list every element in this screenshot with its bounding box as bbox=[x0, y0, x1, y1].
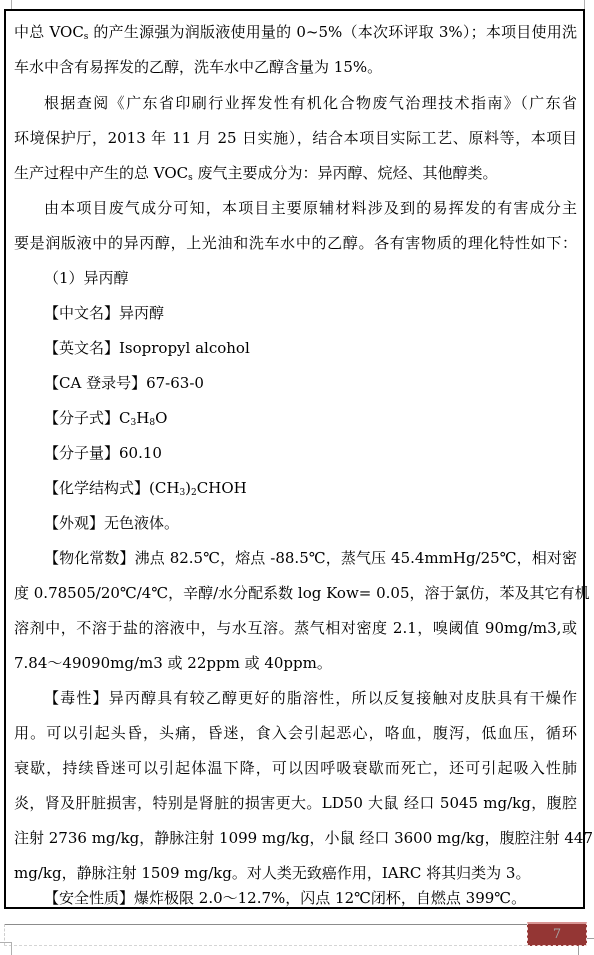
document-text-box: 中总 VOCs 的产生源强为润版液使用量的 0~5%（本次环评取 3%）；本项目… bbox=[4, 9, 585, 909]
field-toxicity: 【毒性】异丙醇具有较乙醇更好的脂溶性，所以反复接触对皮肤具有干燥作 bbox=[44, 688, 577, 708]
text-line-2: 车水中含有易挥发的乙醇，洗车水中乙醇含量为 15%。 bbox=[14, 57, 382, 77]
text-line-7: 要是润版液中的异丙醇，上光油和洗车水中的乙醇。各有害物质的理化特性如下： bbox=[14, 233, 577, 253]
text-line-18: 溶剂中，不溶于盐的溶液中，与水互溶。蒸气相对密度 2.1，嗅阈值 90mg/m3… bbox=[14, 618, 577, 638]
field-english-name: 【英文名】Isopropyl alcohol bbox=[44, 338, 250, 358]
field-physical-constants: 【物化常数】沸点 82.5℃，熔点 -88.5℃，蒸气压 45.4mmHg/25… bbox=[44, 548, 577, 568]
field-cas-number: 【CA 登录号】67-63-0 bbox=[44, 373, 204, 393]
text-line-6: 由本项目废气成分可知，本项目主要原辅材料涉及到的易挥发的有害成分主 bbox=[44, 198, 577, 218]
field-structural-formula: 【化学结构式】(CH3)2CHOH bbox=[44, 478, 247, 498]
field-molecular-weight: 【分子量】60.10 bbox=[44, 443, 162, 463]
text-line-24: 注射 2736 mg/kg，静脉注射 1099 mg/kg，小鼠 经口 3600… bbox=[14, 828, 577, 848]
text-line-5: 生产过程中产生的总 VOCs 废气主要成分为：异丙醇、烷烃、其他醇类。 bbox=[14, 163, 498, 183]
text-line-1: 中总 VOCs 的产生源强为润版液使用量的 0~5%（本次环评取 3%）；本项目… bbox=[14, 22, 577, 42]
text-line-25: mg/kg，静脉注射 1509 mg/kg。对人类无致癌作用，IARC 将其归类… bbox=[14, 863, 530, 883]
page-number: 7 bbox=[553, 927, 561, 942]
text-line-21: 用。可以引起头昏，头痛，昏迷，食入会引起恶心，咯血，腹泻，低血压，循环 bbox=[14, 723, 577, 743]
field-appearance: 【外观】无色液体。 bbox=[44, 513, 179, 533]
page-number-box: 7 bbox=[527, 922, 587, 946]
margin-mark-bottom-right-v bbox=[578, 945, 579, 955]
margin-mark-bottom-left-v bbox=[11, 942, 12, 955]
text-line-22: 衰歇，持续昏迷可以引起体温下降，可以因呼吸衰歇而死亡，还可引起吸入性肺 bbox=[14, 758, 577, 778]
text-line-3: 根据查阅《广东省印刷行业挥发性有机化合物废气治理技术指南》（广东省 bbox=[44, 93, 577, 113]
margin-mark-bottom-right-h bbox=[587, 938, 594, 939]
margin-mark-top-left bbox=[11, 0, 12, 9]
section-heading-isopropanol: （1）异丙醇 bbox=[44, 268, 129, 288]
text-line-17: 度 0.78505/20℃/4℃，辛醇/水分配系数 log Kow= 0.05，… bbox=[14, 583, 577, 603]
field-safety-properties: 【安全性质】爆炸极限 2.0～12.7%，闪点 12℃闭杯，自燃点 399℃。 bbox=[44, 888, 526, 908]
text-line-4: 环境保护厅，2013 年 11 月 25 日实施），结合本项目实际工艺、原料等，… bbox=[14, 128, 577, 148]
footer-region-bottom-edge bbox=[4, 945, 527, 946]
margin-mark-bottom-left-h bbox=[0, 942, 11, 943]
margin-mark-top-right bbox=[584, 0, 585, 9]
field-molecular-formula: 【分子式】C3H8O bbox=[44, 408, 167, 428]
text-line-23: 炎，肾及肝脏损害，特别是肾脏的损害更大。LD50 大鼠 经口 5045 mg/k… bbox=[14, 793, 577, 813]
text-line-19: 7.84～49090mg/m3 或 22ppm 或 40ppm。 bbox=[14, 653, 332, 673]
field-chinese-name: 【中文名】异丙醇 bbox=[44, 303, 164, 323]
footer-divider bbox=[4, 924, 527, 925]
